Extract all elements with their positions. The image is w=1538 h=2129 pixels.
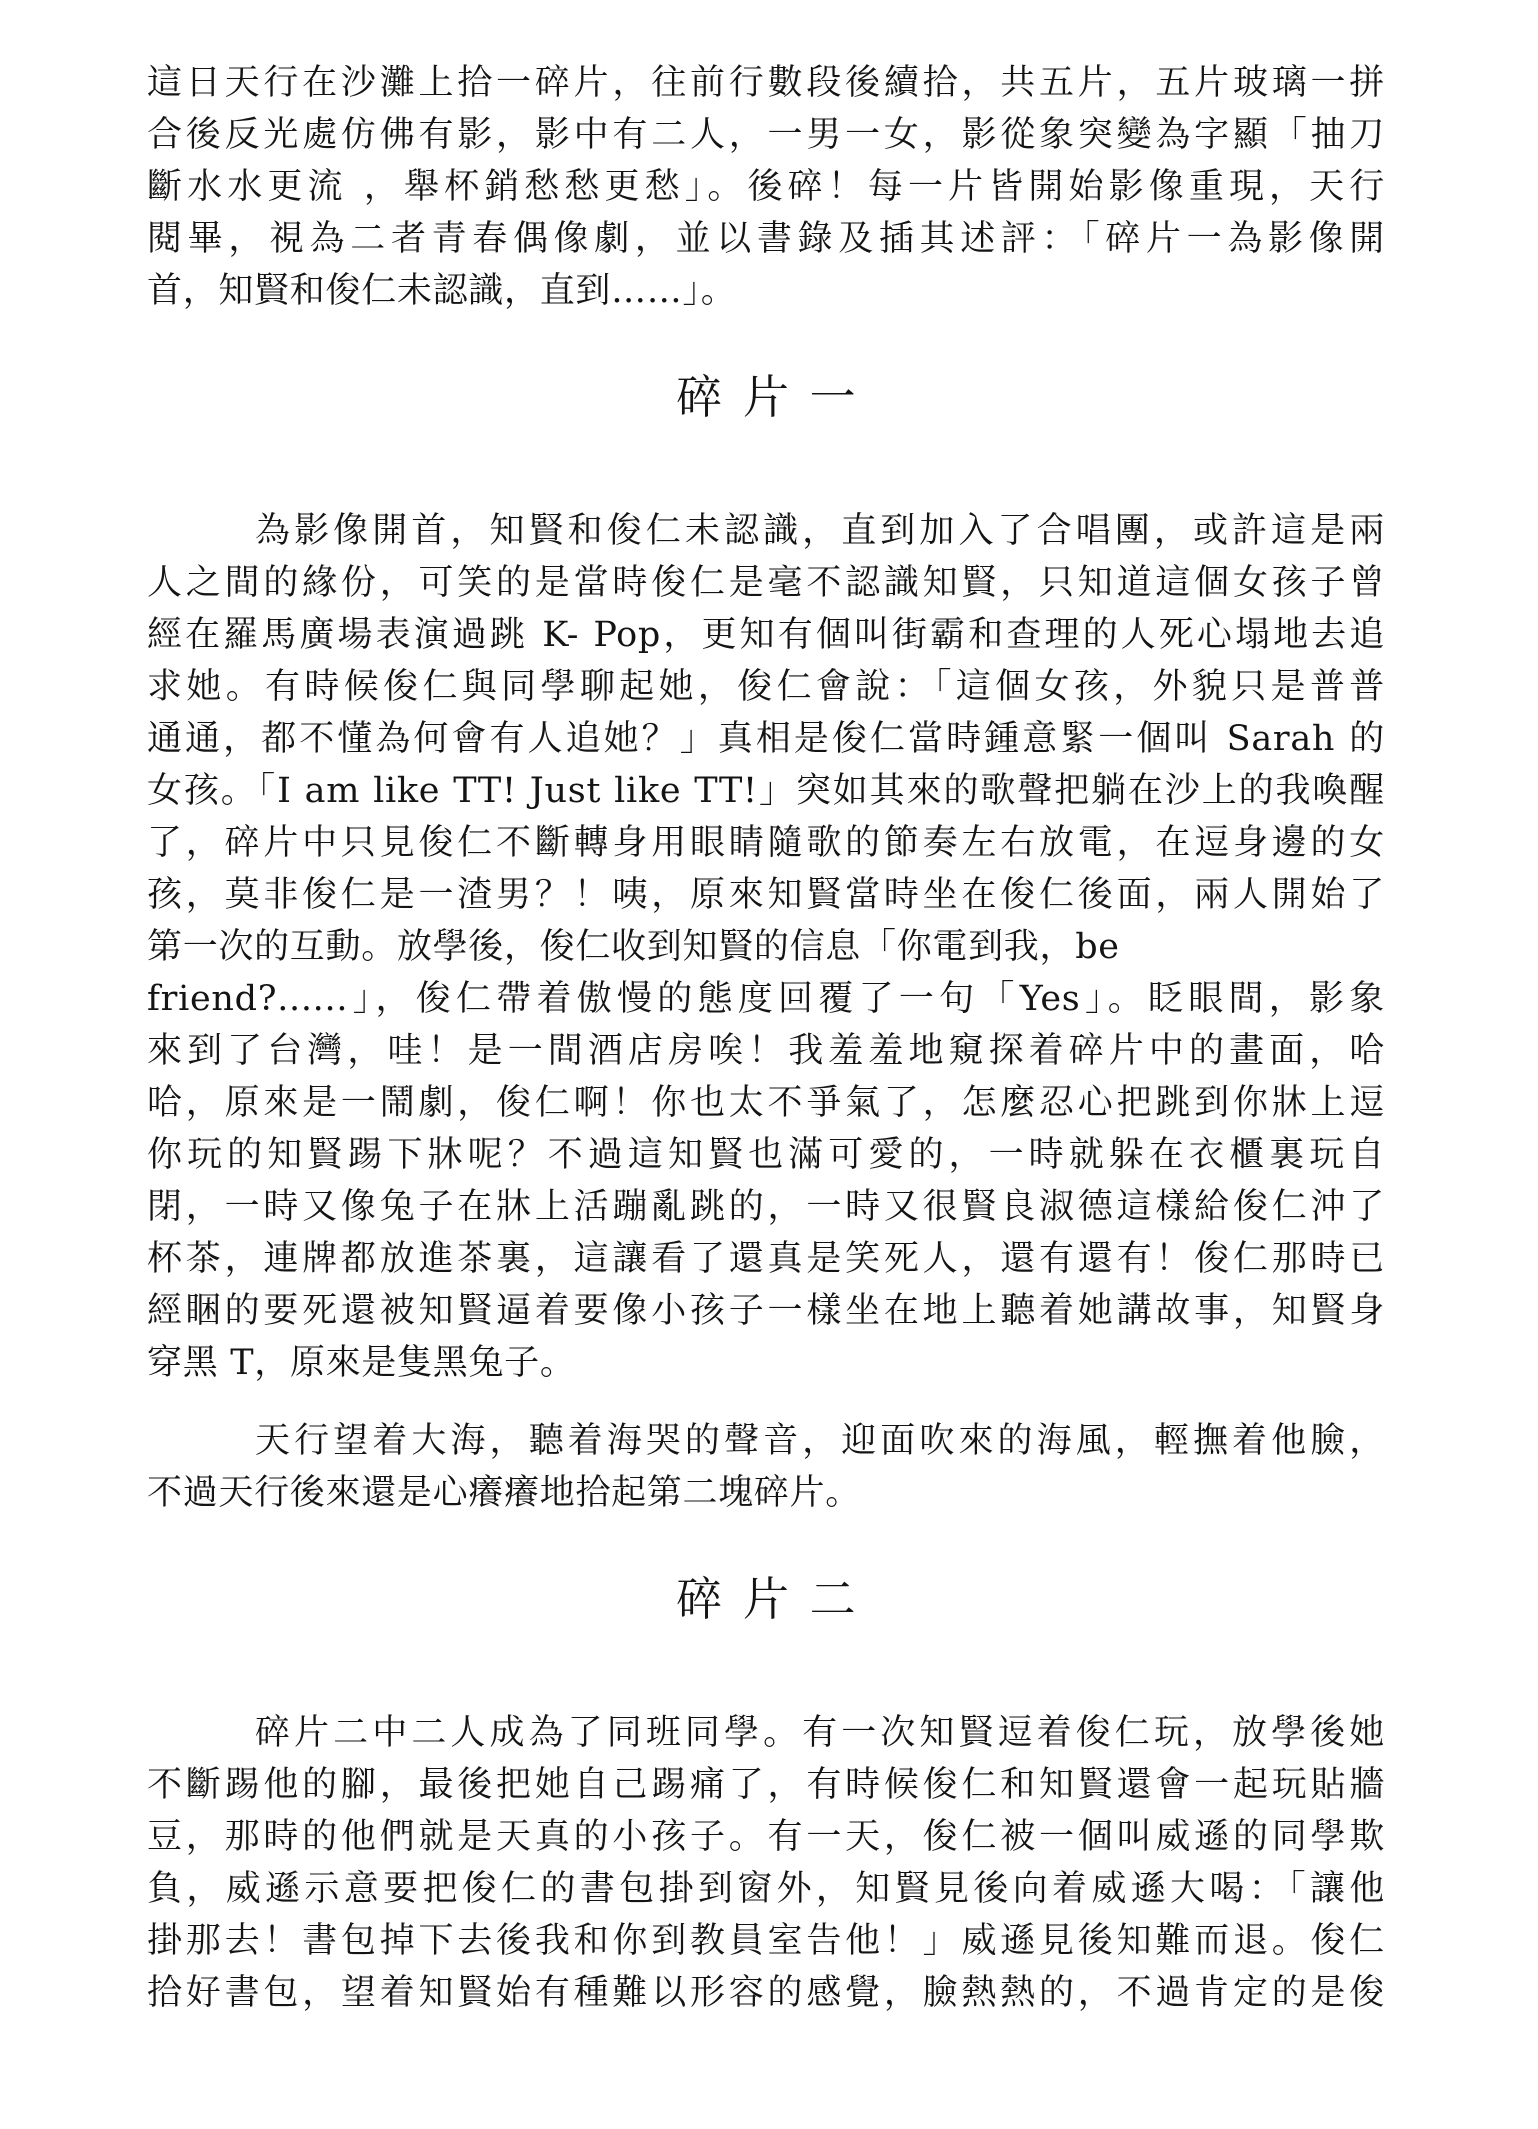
text-line: 首，知賢和俊仁未認識，直到……」。: [147, 265, 1385, 317]
text-line: 不過天行後來還是心癢癢地拾起第二塊碎片。: [147, 1467, 1385, 1519]
text-line: 了，碎片中只見俊仁不斷轉身用眼睛隨歌的節奏左右放電，在逗身邊的女: [147, 817, 1385, 869]
document-page: 這日天行在沙灘上拾一碎片，往前行數段後續拾，共五片，五片玻璃一拼合後反光處仿佛有…: [0, 0, 1538, 2129]
text-line: 女孩。「I am like TT! Just like TT!」突如其來的歌聲把…: [147, 765, 1385, 817]
text-line: 人之間的緣份，可笑的是當時俊仁是毫不認識知賢，只知道這個女孩子曾: [147, 557, 1385, 609]
text-line: 孩，莫非俊仁是一渣男？！咦，原來知賢當時坐在俊仁後面，兩人開始了: [147, 869, 1385, 921]
text-line: friend?......」，俊仁帶着傲慢的態度回覆了一句「Yes」。眨眼間，影…: [147, 973, 1385, 1025]
text-line: 第一次的互動。放學後，俊仁收到知賢的信息「你電到我，be: [147, 921, 1385, 973]
text-line: 哈，原來是一鬧劇，俊仁啊！你也太不爭氣了，怎麼忍心把跳到你牀上逗: [147, 1077, 1385, 1129]
text-line: 通通，都不懂為何會有人追她？」真相是俊仁當時鍾意緊一個叫 Sarah 的: [147, 713, 1385, 765]
intro-paragraph: 這日天行在沙灘上拾一碎片，往前行數段後續拾，共五片，五片玻璃一拼合後反光處仿佛有…: [147, 57, 1385, 317]
text-line: 經在羅馬廣場表演過跳 K- Pop，更知有個叫街霸和查理的人死心塌地去追: [147, 609, 1385, 661]
text-line: 經睏的要死還被知賢逼着要像小孩子一樣坐在地上聽着她講故事，知賢身: [147, 1285, 1385, 1337]
text-line: 碎片二中二人成為了同班同學。有一次知賢逗着俊仁玩，放學後她: [147, 1707, 1385, 1759]
section-heading-1: 碎片一: [147, 367, 1385, 427]
text-line: 掛那去！書包掉下去後我和你到教員室告他！」威遜見後知難而退。俊仁: [147, 1915, 1385, 1967]
text-line: 求她。有時候俊仁與同學聊起她，俊仁會說：「這個女孩，外貌只是普普: [147, 661, 1385, 713]
text-line: 閉，一時又像兔子在牀上活蹦亂跳的，一時又很賢良淑德這樣給俊仁沖了: [147, 1181, 1385, 1233]
text-line: 這日天行在沙灘上拾一碎片，往前行數段後續拾，共五片，五片玻璃一拼: [147, 57, 1385, 109]
text-line: 閱畢，視為二者青春偶像劇，並以書錄及插其述評：「碎片一為影像開: [147, 213, 1385, 265]
text-line: 負，威遜示意要把俊仁的書包掛到窗外，知賢見後向着威遜大喝：「讓他: [147, 1863, 1385, 1915]
text-line: 豆，那時的他們就是天真的小孩子。有一天，俊仁被一個叫威遜的同學欺: [147, 1811, 1385, 1863]
text-line: 為影像開首，知賢和俊仁未認識，直到加入了合唱團，或許這是兩: [147, 505, 1385, 557]
text-line: 斷水水更流 ，舉杯銷愁愁更愁」。後碎！每一片皆開始影像重現，天行: [147, 161, 1385, 213]
text-line: 穿黑 T，原來是隻黑兔子。: [147, 1337, 1385, 1389]
text-line: 合後反光處仿佛有影，影中有二人，一男一女，影從象突變為字顯「抽刀: [147, 109, 1385, 161]
text-line: 你玩的知賢踢下牀呢？不過這知賢也滿可愛的，一時就躲在衣櫃裏玩自: [147, 1129, 1385, 1181]
text-line: 來到了台灣，哇！是一間酒店房唉！我羞羞地窺探着碎片中的畫面，哈: [147, 1025, 1385, 1077]
text-line: 不斷踢他的腳，最後把她自己踢痛了，有時候俊仁和知賢還會一起玩貼牆: [147, 1759, 1385, 1811]
section-1-paragraph-2: 天行望着大海，聽着海哭的聲音，迎面吹來的海風，輕撫着他臉，不過天行後來還是心癢癢…: [147, 1415, 1385, 1519]
section-heading-2: 碎片二: [147, 1569, 1385, 1629]
text-line: 杯茶，連牌都放進茶裏，這讓看了還真是笑死人，還有還有！俊仁那時已: [147, 1233, 1385, 1285]
section-1-paragraph-1: 為影像開首，知賢和俊仁未認識，直到加入了合唱團，或許這是兩人之間的緣份，可笑的是…: [147, 505, 1385, 1389]
text-line: 拾好書包，望着知賢始有種難以形容的感覺，臉熱熱的，不過肯定的是俊: [147, 1967, 1385, 2019]
text-line: 天行望着大海，聽着海哭的聲音，迎面吹來的海風，輕撫着他臉，: [147, 1415, 1385, 1467]
section-2-paragraph-1: 碎片二中二人成為了同班同學。有一次知賢逗着俊仁玩，放學後她不斷踢他的腳，最後把她…: [147, 1707, 1385, 2019]
